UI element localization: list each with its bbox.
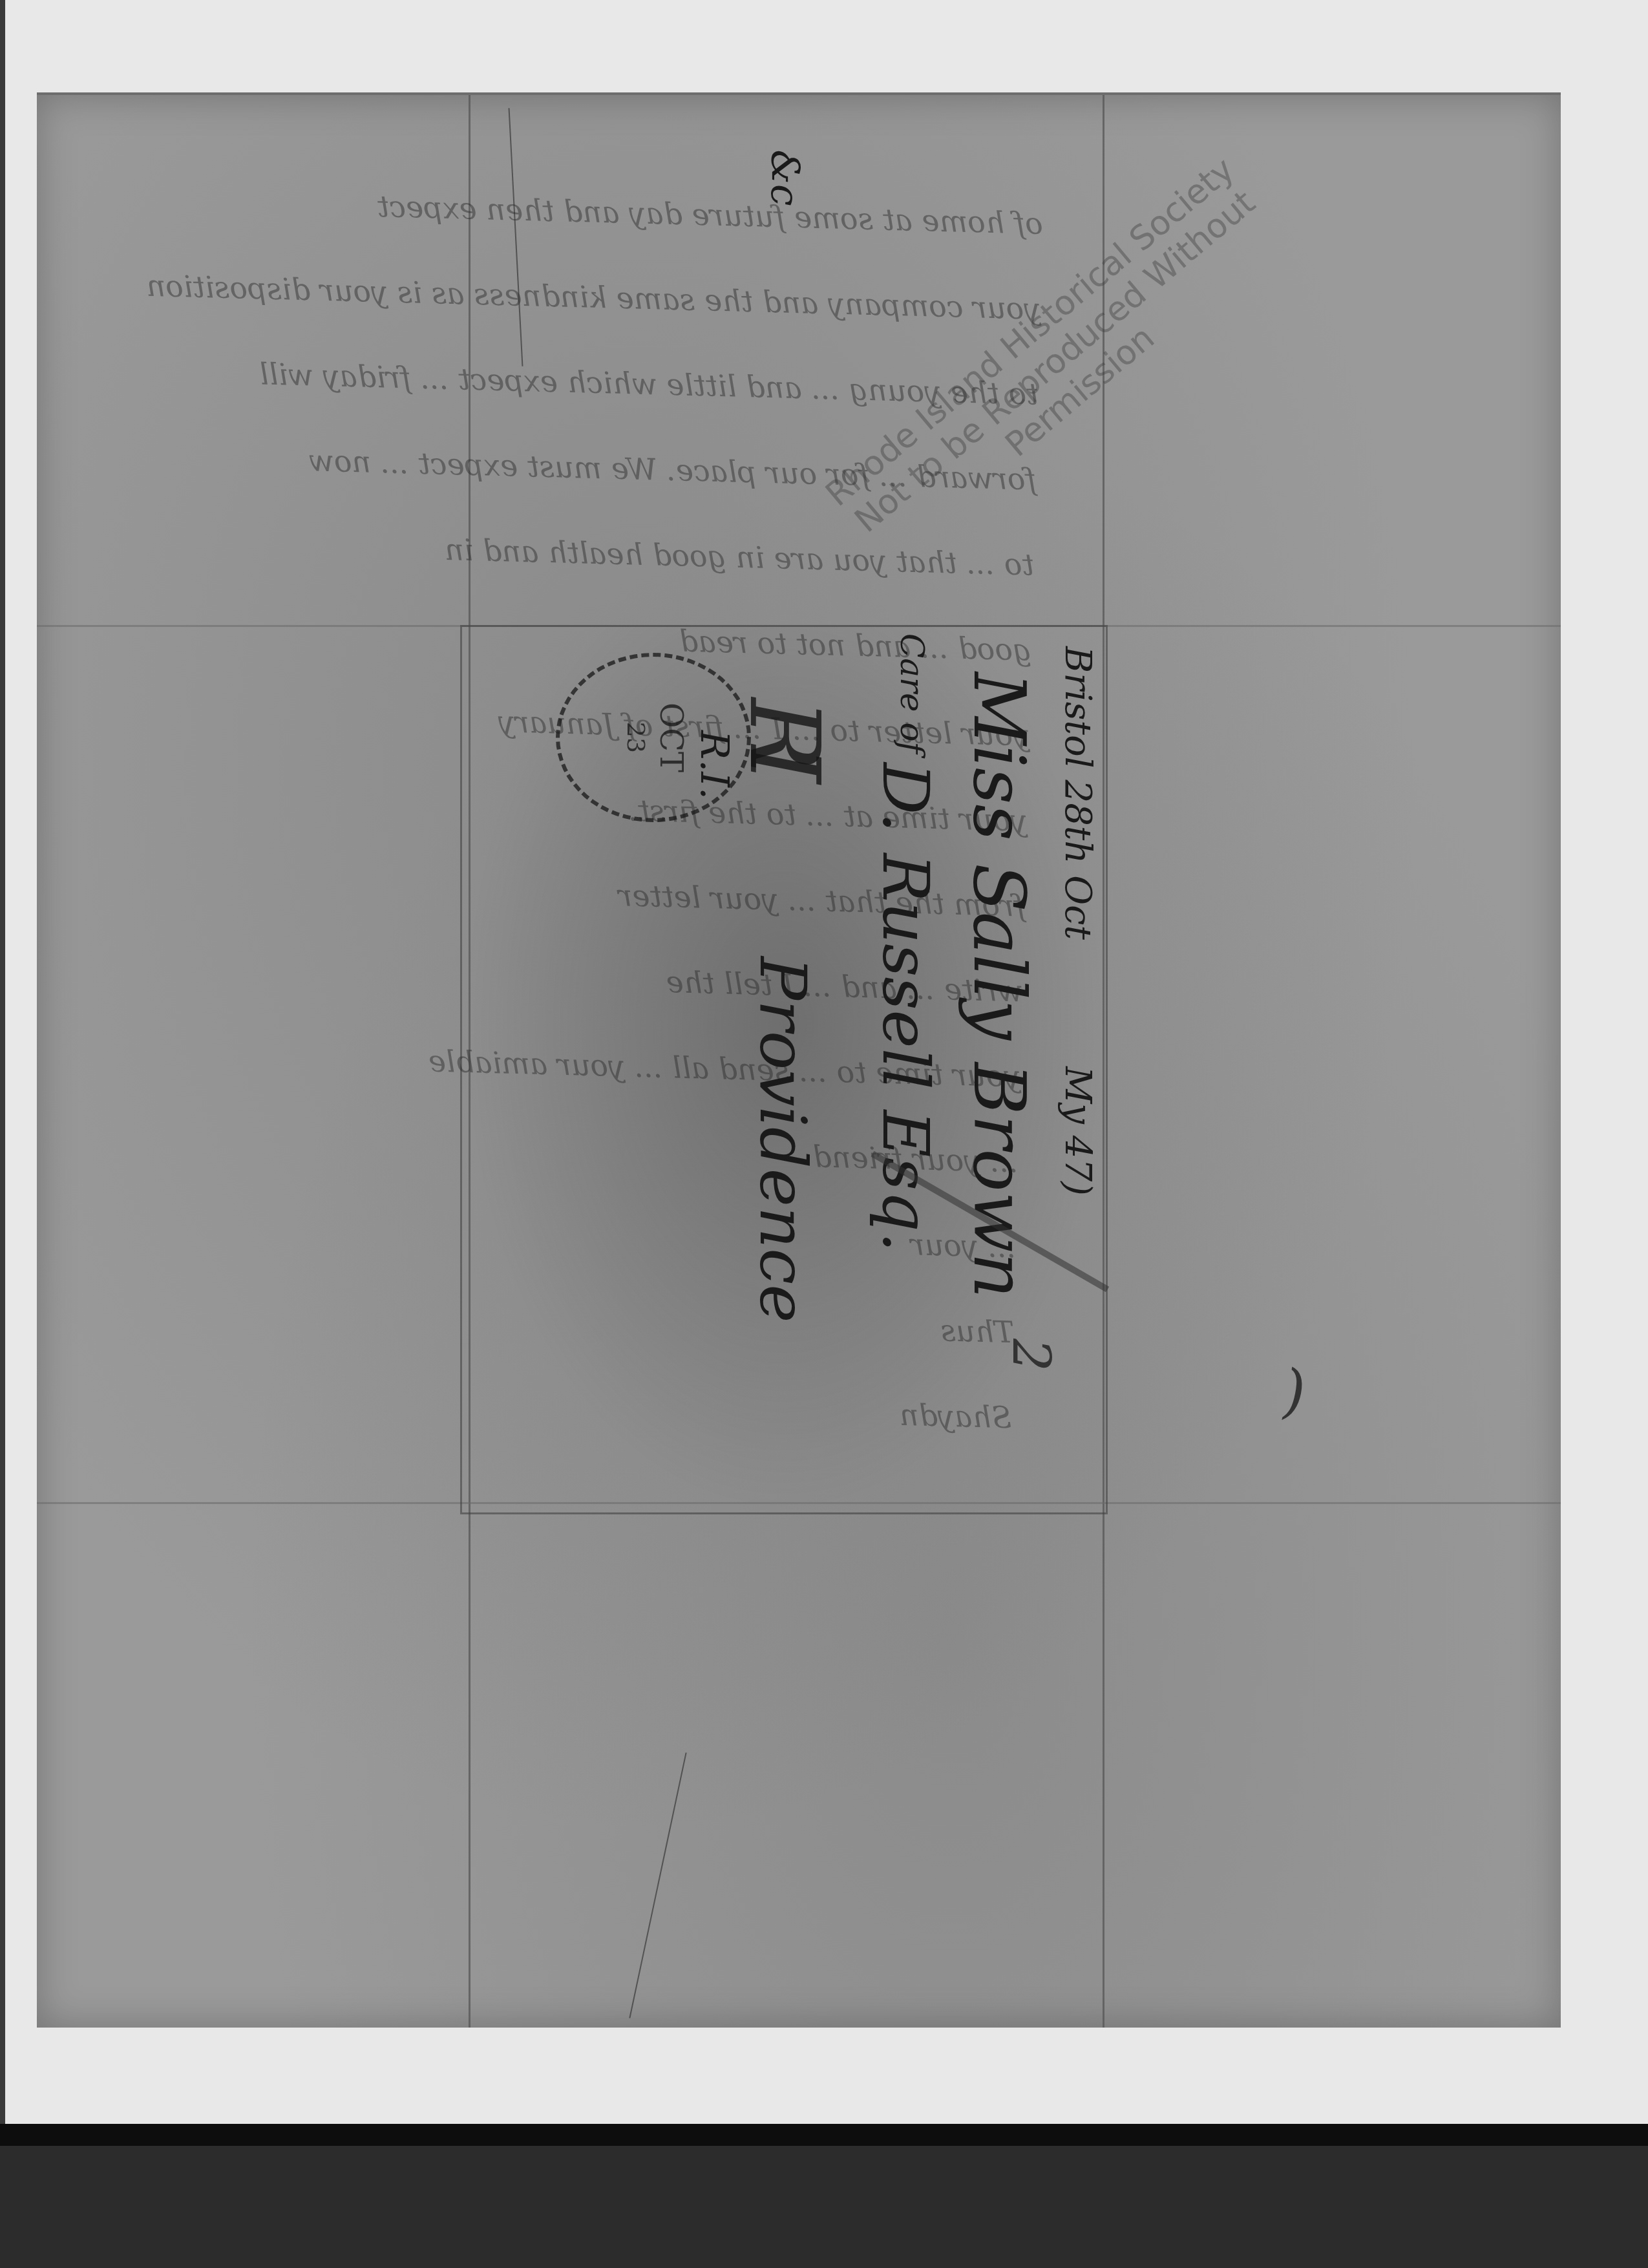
care-of-label: Care of bbox=[893, 633, 931, 754]
paper-tear bbox=[629, 1752, 686, 2018]
top-ink-mark: &c bbox=[762, 149, 807, 206]
rate-mark: 2 bbox=[1001, 1339, 1061, 1372]
flourish-monogram: RI bbox=[728, 698, 840, 758]
recipient-name: Miss Sally Brown bbox=[958, 672, 1041, 1298]
scanner-shadow-band bbox=[0, 2124, 1648, 2146]
paren-mark: ) bbox=[1283, 1357, 1305, 1425]
care-of-name: D. Russell Esq. bbox=[868, 763, 944, 1253]
dateline: Bristol 28th Oct bbox=[1057, 646, 1099, 940]
scanner-base bbox=[0, 2146, 1648, 2268]
state-abbrev: R.I. bbox=[692, 730, 737, 800]
scanner-edge bbox=[0, 0, 5, 2124]
postmark-month: OCT bbox=[653, 657, 689, 818]
postmark-day: 23 bbox=[622, 657, 650, 818]
postage-note: My 47) bbox=[1057, 1066, 1099, 1196]
destination-city: Providence bbox=[745, 957, 821, 1323]
